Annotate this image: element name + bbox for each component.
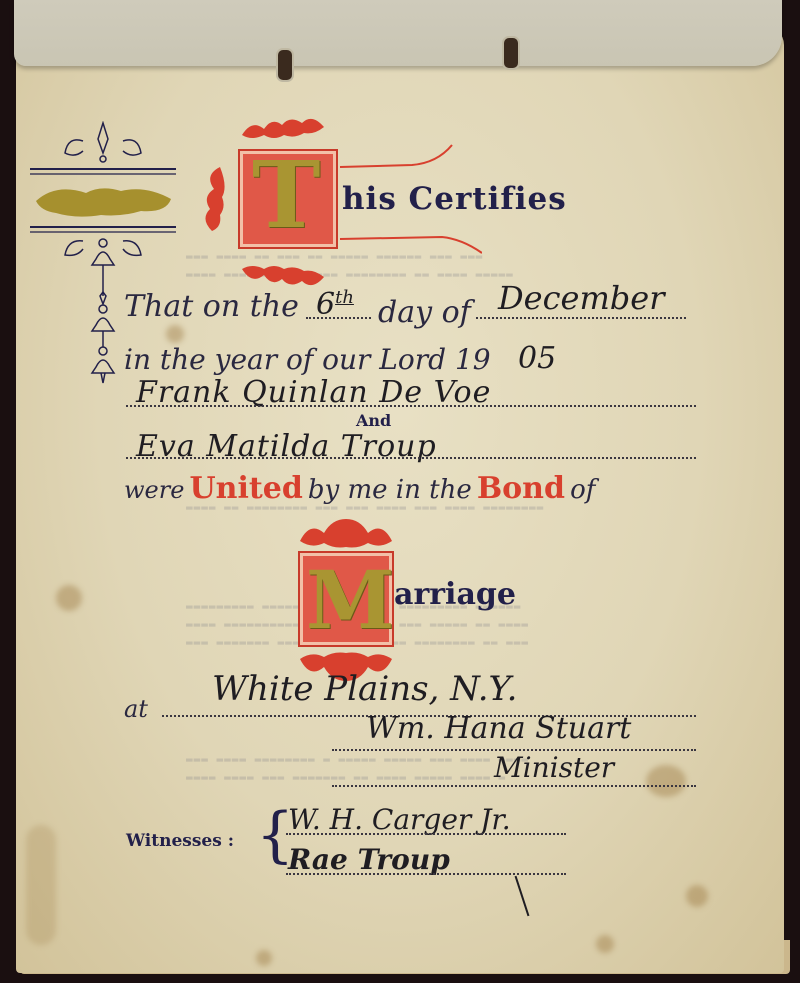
- age-stain: [26, 825, 56, 945]
- united-word: United: [190, 471, 303, 506]
- age-stain: [686, 885, 708, 907]
- witness-1-name: W. H. Carger Jr.: [288, 803, 511, 836]
- groom-field-line: [126, 405, 696, 407]
- age-stain: [596, 935, 614, 953]
- year-suffix-value: 05: [518, 341, 556, 376]
- month-value: December: [498, 279, 665, 317]
- binder-ring-hole-right: [502, 36, 520, 70]
- witnesses-label: Witnesses :: [126, 831, 234, 851]
- united-line: were United by me in the Bond of: [124, 471, 595, 506]
- by-me-label: by me in the: [308, 475, 472, 505]
- bleed-through-text: ▬▬▬ ▬▬▬▬ ▬▬▬▬▬▬▬▬ ▬ ▬▬▬▬▬ ▬▬▬▬▬ ▬▬▬ ▬▬▬▬…: [186, 753, 529, 766]
- of-label: of: [570, 475, 595, 505]
- month-field-line: [476, 317, 686, 319]
- marriage-text: arriage: [394, 577, 516, 612]
- bleed-through-text: ▬▬▬▬ ▬▬▬▬ ▬▬▬ ▬▬▬▬▬▬▬ ▬▬ ▬▬▬▬ ▬▬▬▬▬ ▬▬▬▬…: [186, 771, 506, 784]
- witness-1-field-line: [286, 833, 566, 835]
- witness-2-name: Rae Troup: [288, 843, 450, 876]
- officiant-title: Minister: [494, 751, 614, 784]
- age-stain: [646, 765, 686, 797]
- were-label: were: [124, 476, 184, 504]
- age-stain: [256, 950, 272, 966]
- witness-2-field-line: [286, 873, 566, 875]
- and-label: And: [356, 411, 391, 430]
- officiant-title-line: [332, 785, 696, 787]
- day-value: 6th: [316, 287, 354, 322]
- date-prefix-label: That on the: [124, 289, 299, 324]
- certificate-page: ▬▬▬ ▬▬▬▬ ▬▬ ▬▬▬ ▬▬ ▬▬▬▬▬ ▬▬▬▬▬▬ ▬▬▬ ▬▬▬ …: [16, 25, 784, 973]
- location-value: White Plains, N.Y.: [212, 669, 517, 709]
- age-stain: [56, 585, 82, 611]
- binder-ring-hole-left: [276, 48, 294, 82]
- previous-page-leaf: [14, 0, 782, 66]
- day-of-label: day of: [378, 295, 471, 330]
- at-label: at: [124, 695, 148, 723]
- year-prefix-label: in the year of our Lord 19: [124, 343, 491, 376]
- ink-stroke-mark: [515, 876, 530, 917]
- illuminated-initial-t: T: [252, 141, 320, 249]
- bond-word: Bond: [477, 471, 565, 506]
- heading-text: his Certifies: [342, 181, 567, 217]
- officiant-name: Wm. Hana Stuart: [366, 711, 631, 746]
- bride-field-line: [126, 457, 696, 459]
- illuminated-initial-m: M: [306, 553, 395, 647]
